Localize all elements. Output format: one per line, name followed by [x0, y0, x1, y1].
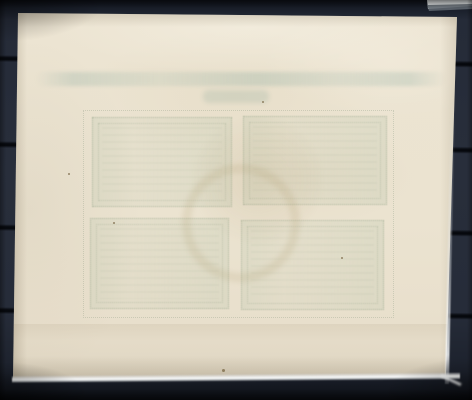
paper-speck: [68, 173, 70, 175]
stamp-sheet-back: [0, 0, 472, 400]
paper-speck: [222, 369, 225, 372]
paper-speck: [262, 101, 264, 103]
paper-speck: [113, 222, 115, 224]
photo-scene: [0, 0, 472, 400]
paper-specks: [0, 0, 472, 400]
paper-speck: [341, 257, 343, 259]
